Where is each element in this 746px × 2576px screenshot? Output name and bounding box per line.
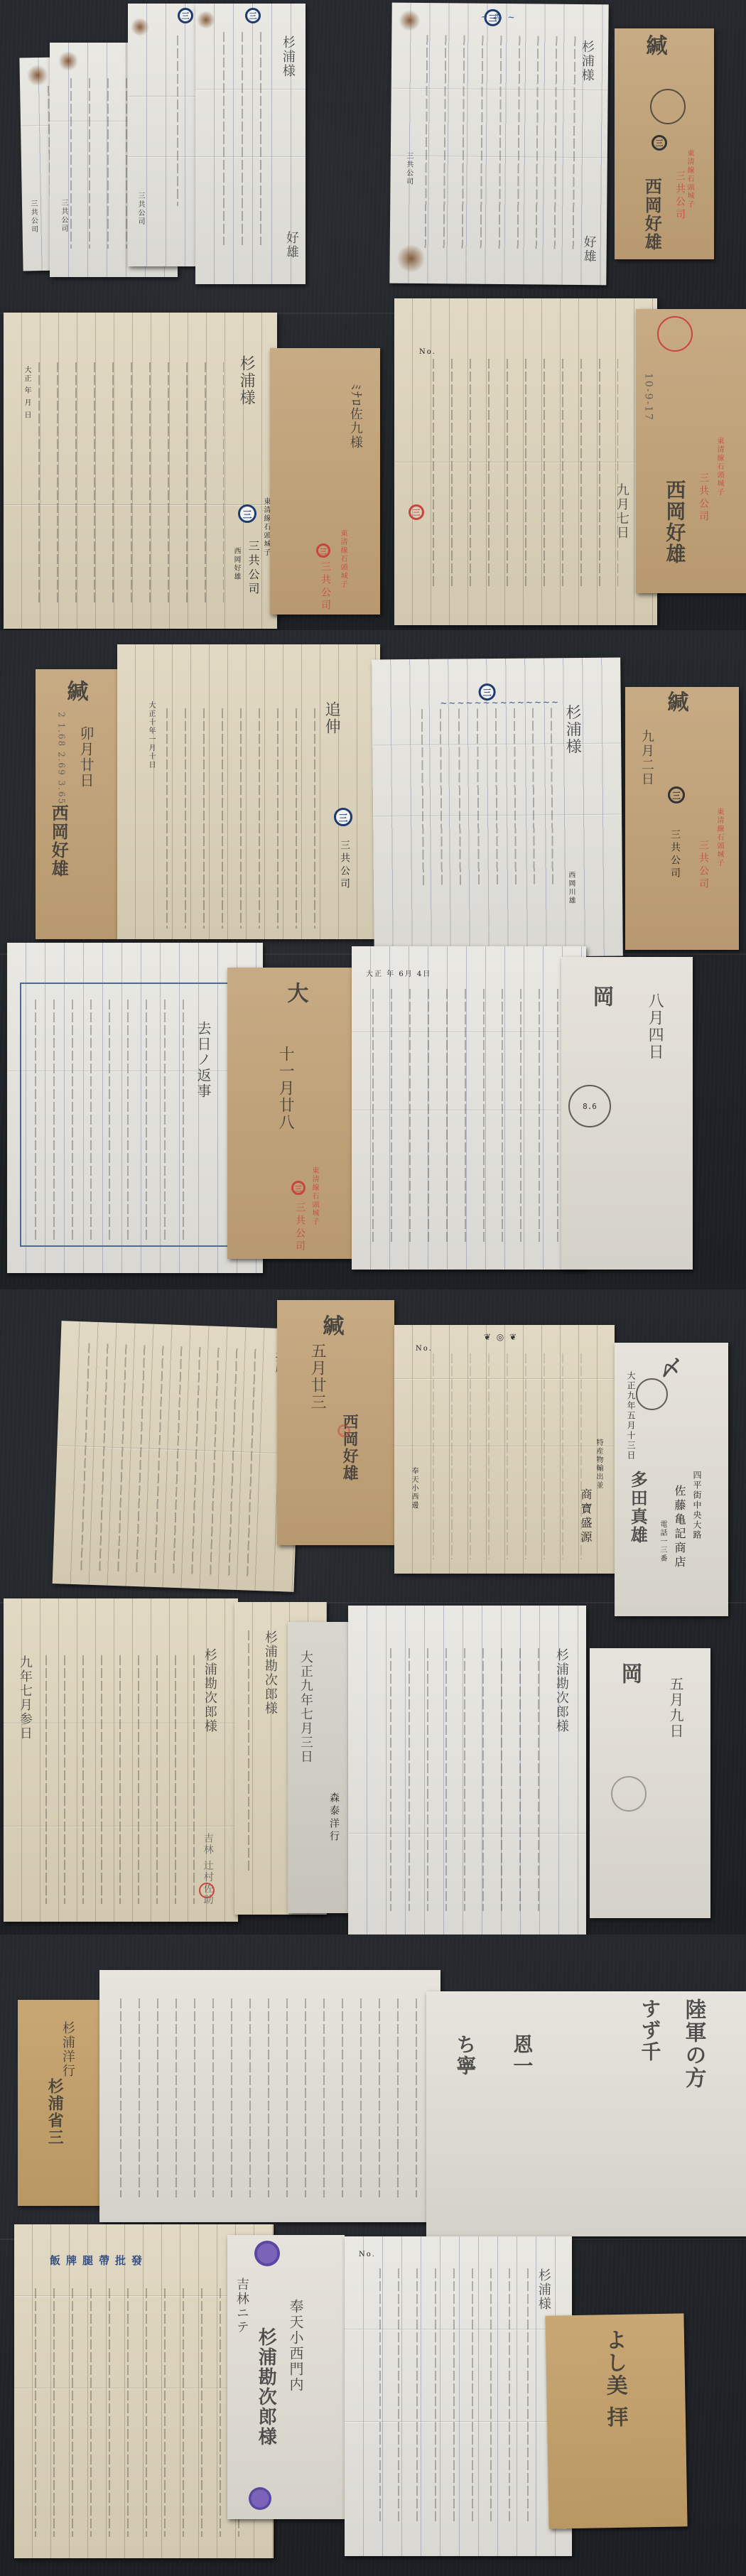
letter-opening: 去日ノ返事	[195, 1021, 210, 1099]
pencil-note: 10-9-17	[643, 373, 654, 421]
letter-folded	[99, 1970, 440, 2222]
envelope-date: 大正九年七月三日	[298, 1650, 312, 1764]
envelope-shop-name: 佐藤亀記商店	[671, 1485, 688, 1570]
envelope-jilin: 奉天小西門内 杉浦勘次郎様 吉林ニテ	[227, 2235, 345, 2519]
envelope-mark: 〆	[657, 1357, 680, 1380]
ink-stain	[396, 244, 425, 273]
envelope-printed-address: 東清線石頭城子	[714, 437, 725, 497]
addressee: 杉浦勘次郎様	[263, 1630, 276, 1716]
postmark-icon	[636, 1378, 668, 1410]
envelope-nishioka-2: 緘 2 1.68 2.69 3.659 卯月廿日 西岡好雄	[36, 669, 117, 939]
envelope-seal-mark: 緘	[643, 34, 666, 57]
envelope-address: 奉天小西門内	[288, 2299, 303, 2393]
handwriting	[114, 1998, 426, 2197]
san-logo-icon: 三	[668, 786, 685, 803]
envelope-date: 八月四日	[647, 992, 663, 1061]
letter-haikei: 拝啓	[53, 1321, 303, 1592]
san-logo-icon: 三	[652, 135, 667, 151]
envelope-date: 五月廿三	[309, 1343, 325, 1411]
ink-stain	[131, 18, 149, 36]
letter-postscript: 追伸 大正十年一月十日 三 三共公司	[117, 644, 380, 939]
date-field: 大正 年 6月 4日	[366, 968, 431, 978]
letter-sheet-big: 三 ~ ⁂ ~ 杉浦様 三共公司 好雄	[389, 3, 608, 286]
letterhead-company: 三共公司	[135, 192, 146, 226]
letter-sheet-4: 三 杉浦様 好雄	[195, 4, 306, 284]
envelope-address: 杉浦洋行	[60, 2021, 74, 2078]
letterhead-company: 三共公司	[58, 199, 69, 233]
date-handwritten: 九年七月参日	[18, 1655, 31, 1741]
envelope-sender-name: 西岡好雄	[664, 480, 685, 565]
handwriting	[418, 35, 577, 249]
addressee: 杉浦勘次郎様	[202, 1648, 216, 1733]
addressee: 杉浦様	[238, 355, 254, 406]
handwriting	[384, 1648, 547, 1911]
letterhead-company: 三共公司	[403, 152, 413, 186]
handwriting	[28, 1000, 192, 1241]
calligraphy: 陸軍の方	[682, 1998, 705, 2089]
addressee: 杉浦勘次郎様	[554, 1648, 568, 1733]
calligraphy: すず千	[639, 1998, 660, 2062]
ink-stain	[197, 11, 215, 29]
letter-sanrong-1: 杉浦様 大正 年 月 日 三 東清線石頭城子 三共公司 西岡好雄	[4, 313, 277, 629]
envelope-seal-mark: 緘	[64, 680, 87, 703]
letter-sugiura-3: 杉浦勘次郎様	[348, 1606, 586, 1934]
letter-reply: 去日ノ返事	[7, 943, 263, 1273]
letter-sugiura-4: No. 杉浦様	[345, 2236, 572, 2556]
envelope-mark: 岡	[618, 1662, 641, 1685]
calligraphy: 恩一	[512, 2034, 532, 2077]
handwriting	[426, 359, 618, 586]
seal-icon	[199, 1883, 215, 1898]
letterhead-title: 飯牌腿帶批發	[50, 2253, 148, 2268]
envelope-sender-name: 西岡好雄	[50, 804, 67, 878]
letterhead-person: 西岡好雄	[231, 547, 242, 581]
envelope-sanrong: 緘 三 東清線石頭城子 三共公司 西岡好雄	[615, 28, 714, 259]
envelope-company-3: 森泰洋行	[327, 1792, 341, 1844]
ink-stain	[399, 10, 420, 31]
envelope-printed-company: 三共公司	[293, 1202, 307, 1253]
san-logo-icon: 三	[291, 1181, 306, 1195]
letter-opening: 追伸	[323, 701, 340, 735]
handwriting	[74, 1343, 266, 1576]
envelope-date: 十一月廿八	[277, 1046, 293, 1131]
envelope-handwriting: ﾐﾅﾛ佐九様	[348, 384, 362, 450]
handwriting	[160, 708, 323, 929]
handwriting	[28, 2288, 256, 2537]
pencil-calculation: 2 1.68 2.69 3.659	[57, 712, 66, 812]
letterhead-ornament: ~~~~~~~~~~~~~~	[415, 697, 585, 708]
envelope-yoshimi: よし美 拝	[545, 2313, 687, 2528]
addressee: 杉浦様	[580, 40, 593, 82]
letterhead-address: 奉天小西邊	[409, 1467, 419, 1510]
san-logo-icon: 三	[238, 504, 256, 523]
envelope-printed-company-red: 三共公司	[696, 840, 710, 891]
envelope-printed-company: 三共公司	[673, 171, 687, 222]
handwriting	[32, 362, 224, 604]
seal-icon	[254, 2241, 280, 2266]
letter-baoshengyuan: ❦ ◎ ❦ No. 特産物輸出並 商寶盛源 奉天小西邊	[394, 1325, 615, 1574]
date-handwritten: 九月七日	[615, 483, 628, 540]
handwriting	[366, 989, 565, 1245]
envelope-seal-mark: 緘	[664, 691, 687, 713]
letter-june: 大正 年 6月 4日	[352, 946, 586, 1270]
envelope-date: 卯月廿日	[78, 726, 93, 789]
envelope-printed-company: 三共公司	[668, 829, 682, 880]
letter-number-label: No.	[419, 348, 436, 356]
envelope-sanrong-3: 緘 九月二日 三 三共公司 東清線石頭城子 三共公司	[625, 687, 739, 950]
san-logo-icon: 三	[409, 504, 424, 520]
signature: 好雄	[284, 231, 298, 259]
handwriting	[415, 708, 558, 887]
envelope-printed-company: 三共公司	[696, 472, 710, 524]
postmark-icon	[611, 1776, 647, 1812]
envelope-handwritten-name: 多田真雄	[629, 1471, 647, 1544]
seal-icon	[249, 2487, 271, 2510]
envelope-printed-address: 東清線石頭城子	[714, 808, 725, 867]
letter-number-label: No.	[359, 2251, 376, 2258]
letterhead-subtitle: 特産物輸出並	[593, 1439, 604, 1490]
letter-sugiura: 三 ~~~~~~~~~~~~~~ 杉浦様 西岡川雄	[372, 657, 623, 958]
envelope-date: 大正九年五月十三日	[625, 1371, 637, 1461]
envelope-sugiura-company: 杉浦洋行 杉浦省三	[18, 2000, 110, 2206]
handwriting-faint	[426, 1353, 583, 1559]
envelope-nishioka: 10-9-17 東清線石頭城子 三共公司 西岡好雄	[636, 309, 746, 593]
envelope-printed-company: 三共公司	[318, 561, 333, 612]
envelope-text: よし美 拝	[602, 2329, 627, 2429]
handwriting	[217, 32, 277, 245]
envelope-mark: 岡	[590, 985, 612, 1008]
envelope-sender: 吉林ニテ	[234, 2278, 248, 2334]
signature: 好雄	[582, 235, 595, 264]
letter-sanrong-2: No. 九月七日 三	[394, 298, 657, 625]
postmark-icon	[657, 316, 693, 352]
san-logo-icon: 三	[316, 543, 330, 558]
envelope-name: 杉浦省三	[46, 2078, 63, 2146]
letterhead-ornament: ❦ ◎ ❦	[444, 1332, 558, 1342]
photo-panel-3: 拝啓 緘 五月廿三 西岡好雄 三 ❦ ◎ ❦ No. 特産物輸出並 商寶盛源 奉…	[0, 1289, 746, 1934]
letter-number-label: No.	[416, 1345, 433, 1353]
handwriting	[242, 1630, 263, 1872]
letter-scroll: 陸軍の方 すず千 恩一 ち寧	[426, 1991, 746, 2236]
calligraphy: ち寧	[455, 2034, 475, 2077]
envelope-seal-mark: 緘	[320, 1314, 342, 1337]
letterhead-company: 三共公司	[28, 200, 39, 234]
san-logo-icon: 三	[337, 1424, 350, 1437]
envelope-telephone: 電話一三番	[657, 1520, 668, 1563]
letterhead-person: 西岡川雄	[566, 871, 576, 905]
ink-stain	[58, 51, 78, 71]
fold-line	[7, 1071, 263, 1071]
ink-stain	[27, 65, 49, 87]
san-logo-icon: 三	[245, 8, 261, 23]
postmark-icon	[650, 89, 686, 124]
envelope-mark: 大	[284, 982, 307, 1005]
san-logo-icon: 三	[178, 8, 193, 23]
letterhead-company: 三共公司	[337, 840, 352, 891]
envelope-august: 岡 八月四日 8.6	[561, 957, 693, 1270]
envelope-printed-address: 東清線石頭城子	[337, 529, 348, 589]
envelope-sender-name: 西岡好雄	[643, 178, 661, 251]
photo-panel-2: 緘 2 1.68 2.69 3.659 卯月廿日 西岡好雄 追伸 大正十年一月十…	[0, 630, 746, 1289]
letterhead-ornament: ~ ⁂ ~	[448, 11, 548, 22]
envelope-printed-address: 東清線石頭城子	[309, 1167, 320, 1226]
envelope-sanrong-2: ﾐﾅﾛ佐九様 三 東清線石頭城子 三共公司	[270, 348, 380, 615]
addressee: 杉浦様	[564, 704, 581, 755]
addressee: 杉浦様	[281, 36, 294, 78]
addressee: 杉浦様	[536, 2268, 550, 2311]
envelope-nishioka-3: 緘 五月廿三 西岡好雄 三	[277, 1300, 394, 1545]
photo-panel-1: 三共公司 三 其二 三共公司 三 三共公司 三 杉浦様 好雄 三 ~ ⁂ ~ 杉…	[0, 0, 746, 630]
san-logo-icon: 三	[334, 808, 352, 826]
date-field: 大正十年一月十日	[146, 701, 156, 769]
envelope-recipient: 杉浦勘次郎様	[256, 2327, 275, 2447]
letter-tsujimura: 九年七月参日 杉浦勘次郎様 吉林 辻村佐助	[4, 1598, 238, 1922]
envelope-address: 四平街中央大路	[691, 1471, 703, 1540]
letterhead-company: 三共公司	[245, 540, 261, 597]
handwriting	[373, 2268, 529, 2524]
handwriting	[39, 1655, 195, 1904]
envelope-may: 岡 五月九日	[590, 1648, 710, 1918]
envelope-sanrong-4: 大 十一月廿八 三 東清線石頭城子 三共公司	[227, 968, 352, 1259]
envelope-date: 九月二日	[639, 730, 653, 786]
letterhead-company: 商寶盛源	[578, 1488, 594, 1545]
date-field: 大正 年 月 日	[21, 366, 32, 420]
envelope-sato: 〆 大正九年五月十三日 四平街中央大路 佐藤亀記商店 電話一三番 多田真雄	[615, 1343, 728, 1616]
photo-panel-4: 杉浦洋行 杉浦省三 陸軍の方 すず千 恩一 ち寧 飯牌腿帶批發 奉天小西門内 杉…	[0, 1934, 746, 2576]
envelope-date: 五月九日	[668, 1677, 683, 1739]
postmark-icon: 8.6	[568, 1085, 611, 1127]
